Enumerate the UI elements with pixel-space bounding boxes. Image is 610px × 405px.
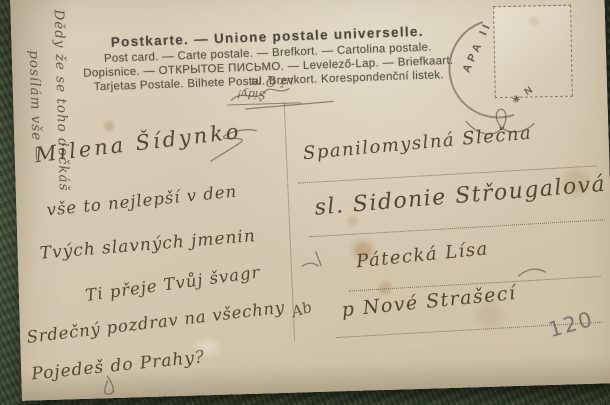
address-line-1: Spanilomyslná Slečna xyxy=(302,122,533,164)
upside-down-scribble-1: Šídy! xyxy=(237,87,266,102)
address-line-3: Pátecká Lísa xyxy=(355,238,489,272)
divider-horizontal-rule xyxy=(227,102,301,105)
tilde-over-strasesi xyxy=(518,269,545,276)
margin-note-vertical-2: posílám vše — xyxy=(26,50,45,161)
address-line-4: p Nové Strašecí xyxy=(341,282,518,321)
pencil-collector-number: 120 xyxy=(546,307,597,343)
descender-loop-prahy xyxy=(104,376,113,394)
postcard-back: Postkarte. — Unione postale universelle.… xyxy=(10,0,610,401)
address-ruled-line-2 xyxy=(309,219,605,237)
message-line-4: Ti přeje Tvůj švagr xyxy=(84,262,261,304)
message-line-2: vše to nejlepší v den xyxy=(46,182,238,220)
message-line-5: Srdečný pozdrav na všechny xyxy=(26,298,286,347)
photo-of-postcard: Postkarte. — Unione postale universelle.… xyxy=(0,0,610,405)
embossed-blind-stamp xyxy=(190,335,225,360)
message-line-6: Pojedeš do Prahy? xyxy=(31,347,206,384)
upside-down-scribble-2: už Q m xyxy=(251,75,294,89)
message-line-3: Tvých slavných jmenin xyxy=(39,226,256,264)
dash-after-message-line-4 xyxy=(302,252,321,267)
